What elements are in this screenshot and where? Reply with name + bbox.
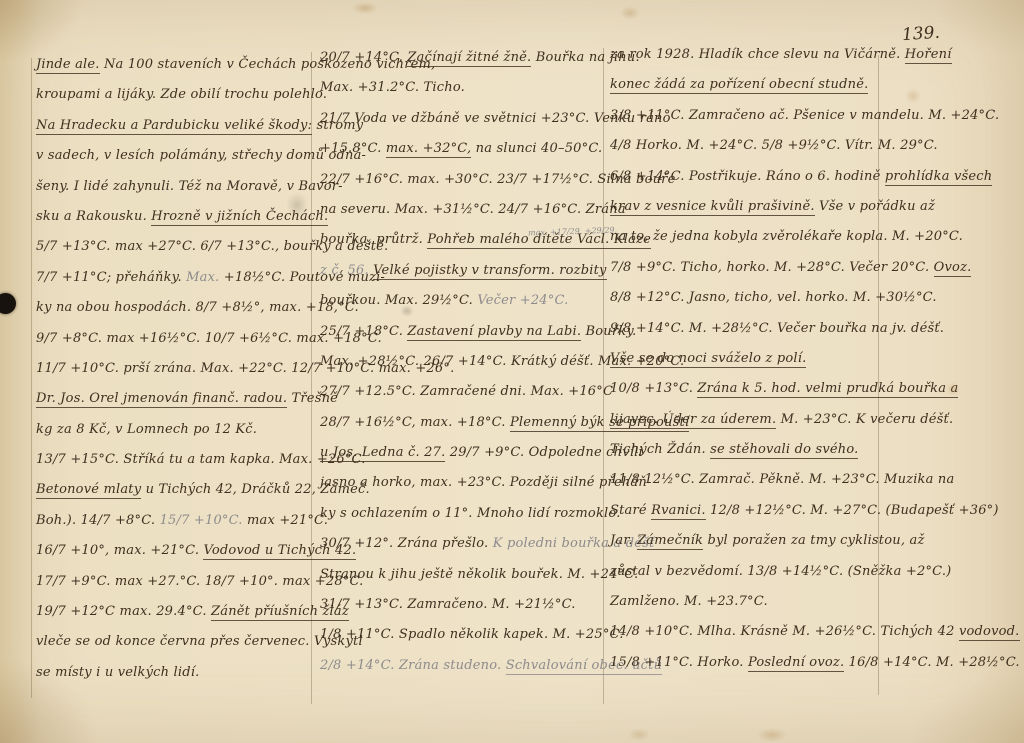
underlined-text: konec žádá za pořízení obecní studně.: [610, 77, 868, 94]
underlined-text: Poslední ovoz.: [748, 655, 844, 672]
handwritten-text: Boh.). 14/7 +8°C.: [36, 513, 160, 528]
text-line: Vše se do noci sváželo z polí.: [610, 351, 874, 381]
text-line: 11/7 +10°C. prší zrána. Max. +22°C. 12/7…: [36, 361, 308, 391]
text-line: 9/8 +14°C. M. +28½°C. Večer bouřka na jv…: [610, 321, 874, 351]
handwritten-text: Jar.: [610, 533, 637, 548]
column-rule: [31, 58, 32, 698]
manuscript-column-middle: 20/7 +14°C. Začínají žitné žně. Bouřka n…: [320, 50, 598, 688]
text-line: Dr. Jos. Orel jmenován finanč. radou. Tř…: [36, 391, 308, 421]
text-line: 14/8 +10°C. Mlha. Krásně M. +26½°C. Tich…: [610, 624, 874, 654]
text-line: 20/7 +14°C. Začínají žitné žně. Bouřka n…: [320, 50, 598, 80]
text-line: 8/8 +12°C. Jasno, ticho, vel. horko. M. …: [610, 290, 874, 320]
handwritten-text: 1/8 +11°C. Spadlo několik kapek. M. +25°…: [320, 627, 624, 642]
handwritten-text: Zamlženo. M. +23.7°C.: [610, 594, 768, 609]
handwritten-text: kroupami a lijáky. Zde obilí trochu pole…: [36, 87, 327, 102]
underlined-text: u Jos. Ledna č. 27.: [320, 445, 445, 462]
text-line: jasno a horko, max. +23°C. Později silné…: [320, 475, 598, 505]
manuscript-page: 139. Jinde ale. Na 100 staveních v Čechá…: [0, 0, 1024, 743]
paper-stain: [352, 2, 378, 14]
pencil-text: Max.: [186, 270, 219, 285]
underlined-text: Jinde ale.: [36, 57, 100, 74]
handwritten-text: 17/7 +9°C. max +27.°C. 18/7 +10°. max +2…: [36, 574, 364, 589]
underlined-text: Ovoz.: [934, 260, 972, 277]
handwritten-text: 12/8 +12½°C. M. +27°C. (Budapešť +36°): [706, 503, 999, 518]
text-line: ky na obou hospodách. 8/7 +8½°, max. +18…: [36, 300, 308, 330]
handwritten-text: 7/8 +9°C. Ticho, horko. M. +28°C. Večer …: [610, 260, 934, 275]
underlined-text: Zámečník: [637, 533, 703, 550]
handwritten-text: 11/8 12½°C. Zamrač. Pěkně. M. +23°C. Muz…: [610, 472, 954, 487]
handwritten-text: bouřka, průtrž.: [320, 232, 427, 247]
text-line: 4/8 Horko. M. +24°C. 5/8 +9½°C. Vítr. M.…: [610, 138, 874, 168]
handwritten-text: M. +23°C. K večeru déšť.: [776, 412, 953, 427]
handwritten-text: 16/7 +10°, max. +21°C.: [36, 543, 203, 558]
pencil-text: 2/8 +14°C. Zrána studeno.: [320, 658, 506, 673]
text-line: 5/7 +13°C. max +27°C. 6/7 +13°C., bouřky…: [36, 239, 308, 269]
text-line: 6/8 +14°C. Postřikuje. Ráno o 6. hodině …: [610, 169, 874, 199]
handwritten-text: 10/8 +13°C.: [610, 381, 697, 396]
handwritten-text: 15/8 +11°C. Horko.: [610, 655, 748, 670]
manuscript-column-right: za rok 1928. Hladík chce slevu na Vičárn…: [610, 47, 874, 685]
text-line: ky s ochlazením o 11°. Mnoho lidí rozmok…: [320, 506, 598, 536]
handwritten-text: zůstal v bezvědomí. 13/8 +14½°C. (Sněžka…: [610, 564, 951, 579]
text-line: 3/8 +11°C. Zamračeno ač. Pšenice v mande…: [610, 108, 874, 138]
underlined-text: Zrána k 5. hod. velmi prudká bouřka a: [697, 381, 958, 398]
handwritten-text: 6/8 +14°C. Postřikuje. Ráno o 6. hodině: [610, 169, 885, 184]
handwritten-text: 13/7 +15°C. Stříká tu a tam kapka. Max. …: [36, 452, 366, 467]
underlined-text: prohlídka všech: [885, 169, 993, 186]
text-line: bouřka, průtrž. Pohřeb malého dítěte Vác…: [320, 232, 598, 262]
text-line: 25/7 +18°C. Zastavení plavby na Labi. Bo…: [320, 324, 598, 354]
underlined-text: Vše se do noci sváželo z polí.: [610, 351, 806, 368]
page-number: 139.: [901, 23, 940, 46]
text-line: 22/7 +16°C. max. +30°C. 23/7 +17½°C. Sil…: [320, 172, 598, 202]
pencil-text: Večer +24°C.: [477, 293, 568, 308]
column-rule: [603, 48, 604, 704]
text-line: Tichých Ždán. se stěhovali do svého.: [610, 442, 874, 472]
text-line: 30/7 +12°. Zrána přešlo. K poledni bouřk…: [320, 536, 598, 566]
handwritten-text: 9/8 +14°C. M. +28½°C. Večer bouřka na jv…: [610, 321, 944, 336]
handwritten-text: Vše v pořádku až: [815, 199, 935, 214]
underlined-text: Dr. Jos. Orel jmenován finanč. radou.: [36, 391, 287, 408]
underlined-text: max. +32°C,: [386, 141, 471, 158]
text-line: Stranou k jihu ještě několik bouřek. M. …: [320, 567, 598, 597]
handwritten-text: Stranou k jihu ještě několik bouřek. M. …: [320, 567, 638, 582]
handwritten-text: ky s ochlazením o 11°. Mnoho lidí rozmok…: [320, 506, 621, 521]
text-line: se místy i u velkých lidí.: [36, 665, 308, 695]
text-line: 17/7 +9°C. max +27.°C. 18/7 +10°. max +2…: [36, 574, 308, 604]
handwritten-text: jasno a horko, max. +23°C. Později silné…: [320, 475, 652, 490]
text-line: Staré Rvanici. 12/8 +12½°C. M. +27°C. (B…: [610, 503, 874, 533]
pencil-text: 15/7 +10°C.: [160, 513, 243, 528]
text-line: 27/7 +12.5°C. Zamračené dni. Max. +16°C: [320, 384, 598, 414]
text-line: za rok 1928. Hladík chce slevu na Vičárn…: [610, 47, 874, 77]
underlined-text: Rvanici.: [651, 503, 706, 520]
handwritten-text: 30/7 +12°. Zrána přešlo.: [320, 536, 493, 551]
handwritten-text: 27/7 +12.5°C. Zamračené dni. Max. +16°C: [320, 384, 613, 399]
text-line: u Jos. Ledna č. 27. 29/7 +9°C. Odpoledne…: [320, 445, 598, 475]
handwritten-text: na to, že jedna kobyla zvěrolékaře kopla…: [610, 229, 963, 244]
text-line: 7/8 +9°C. Ticho, horko. M. +28°C. Večer …: [610, 260, 874, 290]
underlined-text: Hrozně v jižních Čechách.: [151, 209, 328, 226]
underlined-text: se stěhovali do svého.: [710, 442, 858, 459]
paper-stain: [620, 6, 640, 20]
handwritten-text: vleče se od konce června přes červenec. …: [36, 634, 363, 649]
handwritten-text: max +21°C.: [243, 513, 328, 528]
text-line: zůstal v bezvědomí. 13/8 +14½°C. (Sněžka…: [610, 564, 874, 594]
underlined-text: Zastavení plavby na Labi.: [407, 324, 581, 341]
handwritten-text: na slunci 40–50°C.: [471, 141, 602, 156]
text-line: 16/7 +10°, max. +21°C. Vodovod u Tichých…: [36, 543, 308, 573]
text-line: 19/7 +12°C max. 29.4°C. Zánět příušních …: [36, 604, 308, 634]
handwritten-text: sku a Rakousku.: [36, 209, 151, 224]
text-line: 9/7 +8°C. max +16½°C. 10/7 +6½°C. max. +…: [36, 331, 308, 361]
handwritten-text: kg za 8 Kč, v Lomnech po 12 Kč.: [36, 422, 257, 437]
paper-stain: [757, 728, 787, 742]
underlined-text: lijavec. Úder za úderem.: [610, 412, 776, 429]
text-line: sku a Rakousku. Hrozně v jižních Čechách…: [36, 209, 308, 239]
text-line: Jar. Zámečník byl poražen za tmy cyklist…: [610, 533, 874, 563]
text-line: kg za 8 Kč, v Lomnech po 12 Kč.: [36, 422, 308, 452]
text-line: Max. +31.2°C. Ticho.: [320, 80, 598, 110]
underlined-text: Začínají žitné žně.: [407, 50, 531, 67]
manuscript-column-left: Jinde ale. Na 100 staveních v Čechách po…: [36, 57, 308, 695]
text-line: Boh.). 14/7 +8°C. 15/7 +10°C. max +21°C.: [36, 513, 308, 543]
underlined-text: Hoření: [905, 47, 952, 64]
handwritten-text: Staré: [610, 503, 651, 518]
handwritten-text: se místy i u velkých lidí.: [36, 665, 199, 680]
text-line: na to, že jedna kobyla zvěrolékaře kopla…: [610, 229, 874, 259]
handwritten-text: šeny. I lidé zahynuli. Též na Moravě, v …: [36, 179, 343, 194]
text-line: 13/7 +15°C. Stříká tu a tam kapka. Max. …: [36, 452, 308, 482]
underlined-text: krav z vesnice kvůli prašivině.: [610, 199, 815, 216]
text-line: 31/7 +13°C. Zamračeno. M. +21½°C.: [320, 597, 598, 627]
handwritten-text: 4/8 Horko. M. +24°C. 5/8 +9½°C. Vítr. M.…: [610, 138, 938, 153]
text-line: 28/7 +16½°C, max. +18°C. Plemenný býk se…: [320, 415, 598, 445]
text-line: Betonové mlaty u Tichých 42, Dráčků 22, …: [36, 482, 308, 512]
handwritten-text: ky na obou hospodách. 8/7 +8½°, max. +18…: [36, 300, 359, 315]
text-line: +15.8°C. max. +32°C, na slunci 40–50°C.: [320, 141, 598, 171]
handwritten-text: 7/7 +11°C; přeháňky.: [36, 270, 186, 285]
paper-stain: [628, 728, 650, 741]
underlined-text: Na Hradecku a Pardubicku veliké škody:: [36, 118, 312, 135]
hole-punch: [0, 293, 16, 314]
text-line: Na Hradecku a Pardubicku veliké škody: s…: [36, 118, 308, 148]
text-line: Max. +28½°C. 26/7 +14°C. Krátký déšť. Ma…: [320, 354, 598, 384]
pencil-text: z č. 56.: [320, 263, 369, 278]
underlined-text: Betonové mlaty: [36, 482, 141, 499]
handwritten-text: 3/8 +11°C. Zamračeno ač. Pšenice v mande…: [610, 108, 999, 123]
handwritten-text: 16/8 +14°C. M. +28½°C.: [844, 655, 1019, 670]
text-line: 1/8 +11°C. Spadlo několik kapek. M. +25°…: [320, 627, 598, 657]
text-line: 21/7 Voda ve džbáně ve světnici +23°C. V…: [320, 111, 598, 141]
text-line: bouřkou. Max. 29½°C. Večer +24°C.: [320, 293, 598, 323]
text-line: 15/8 +11°C. Horko. Poslední ovoz. 16/8 +…: [610, 655, 874, 685]
text-line: z č. 56. Velké pojistky v transform. roz…: [320, 263, 598, 293]
text-line: vleče se od konce června přes červenec. …: [36, 634, 308, 664]
handwritten-text: byl poražen za tmy cyklistou, až: [703, 533, 924, 548]
text-line: 11/8 12½°C. Zamrač. Pěkně. M. +23°C. Muz…: [610, 472, 874, 502]
text-line: Zamlženo. M. +23.7°C.: [610, 594, 874, 624]
handwritten-text: Max. +31.2°C. Ticho.: [320, 80, 465, 95]
handwritten-text: 31/7 +13°C. Zamračeno. M. +21½°C.: [320, 597, 576, 612]
handwritten-text: za rok 1928. Hladík chce slevu na Vičárn…: [610, 47, 905, 62]
text-line: 7/7 +11°C; přeháňky. Max. +18½°C. Poutov…: [36, 270, 308, 300]
handwritten-text: Tichých Ždán.: [610, 442, 710, 457]
text-line: šeny. I lidé zahynuli. Též na Moravě, v …: [36, 179, 308, 209]
text-line: 10/8 +13°C. Zrána k 5. hod. velmi prudká…: [610, 381, 874, 411]
paper-stain: [905, 88, 921, 104]
handwritten-text: 20/7 +14°C.: [320, 50, 407, 65]
text-line: Jinde ale. Na 100 staveních v Čechách po…: [36, 57, 308, 87]
underlined-text: vodovod.: [959, 624, 1020, 641]
handwritten-text: 8/8 +12°C. Jasno, ticho, vel. horko. M. …: [610, 290, 937, 305]
handwritten-text: 25/7 +18°C.: [320, 324, 407, 339]
text-line: konec žádá za pořízení obecní studně.: [610, 77, 874, 107]
handwritten-text: v sadech, v lesích polámány, střechy dom…: [36, 148, 366, 163]
handwritten-text: bouřkou. Max. 29½°C.: [320, 293, 477, 308]
text-line: 2/8 +14°C. Zrána studeno. Schvalování ob…: [320, 658, 598, 688]
text-line: krav z vesnice kvůli prašivině. Vše v po…: [610, 199, 874, 229]
text-line: kroupami a lijáky. Zde obilí trochu pole…: [36, 87, 308, 117]
text-line: lijavec. Úder za úderem. M. +23°C. K več…: [610, 412, 874, 442]
text-line: v sadech, v lesích polámány, střechy dom…: [36, 148, 308, 178]
handwritten-text: 14/8 +10°C. Mlha. Krásně M. +26½°C. Tich…: [610, 624, 959, 639]
handwritten-text: 19/7 +12°C max. 29.4°C.: [36, 604, 211, 619]
underlined-text: Velké pojistky v transform. rozbity: [373, 263, 606, 280]
handwritten-text: 28/7 +16½°C, max. +18°C.: [320, 415, 510, 430]
handwritten-text: +15.8°C.: [320, 141, 386, 156]
handwritten-text: na severu. Max. +31½°C. 24/7 +16°C. Zrán…: [320, 202, 626, 217]
